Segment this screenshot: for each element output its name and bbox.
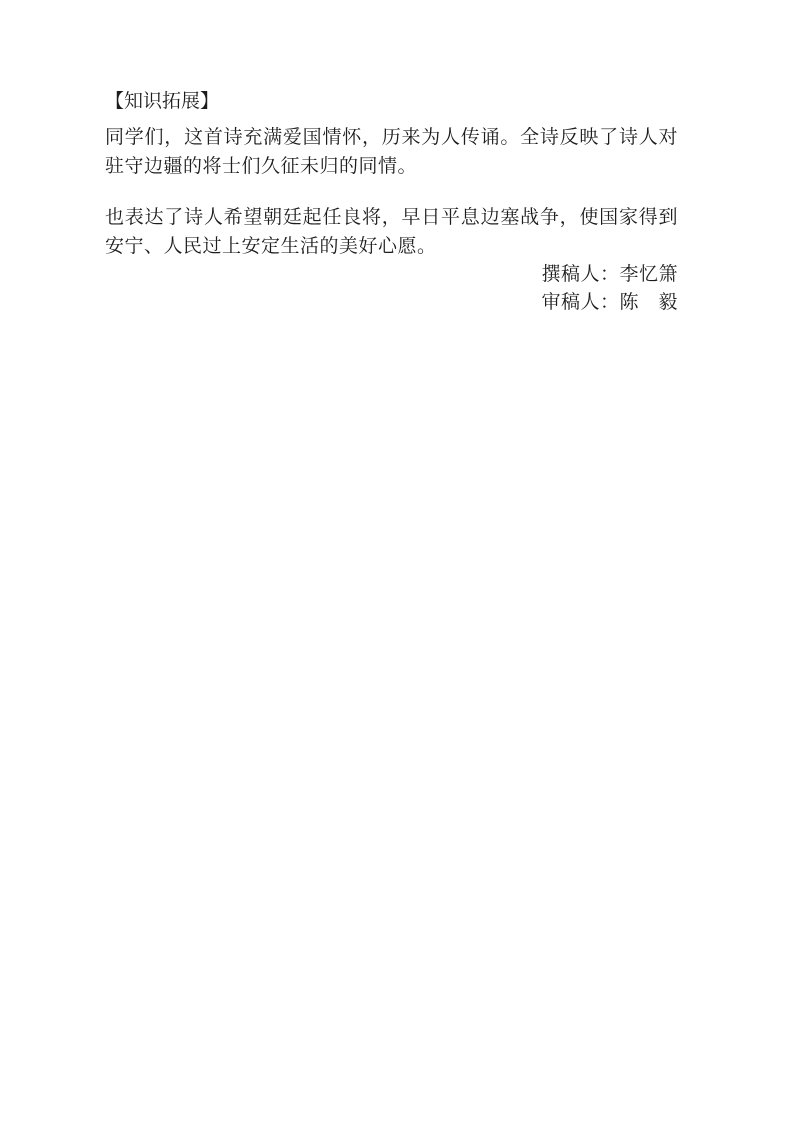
document-page: 【知识拓展】 同学们，这首诗充满爱国情怀，历来为人传诵。全诗反映了诗人对驻守边疆…: [0, 0, 794, 1123]
document-content: 【知识拓展】 同学们，这首诗充满爱国情怀，历来为人传诵。全诗反映了诗人对驻守边疆…: [105, 88, 678, 317]
section-heading: 【知识拓展】: [105, 88, 678, 116]
paragraph-patriotic-sentiment: 同学们，这首诗充满爱国情怀，历来为人传诵。全诗反映了诗人对驻守边疆的将士们久征未…: [105, 124, 678, 181]
signature-author-line: 撰稿人：李忆箫: [105, 261, 678, 289]
signature-reviewer-line: 审稿人：陈 毅: [105, 289, 678, 317]
paragraph-poet-wish: 也表达了诗人希望朝廷起任良将，早日平息边塞战争，使国家得到安宁、人民过上安定生活…: [105, 204, 678, 261]
